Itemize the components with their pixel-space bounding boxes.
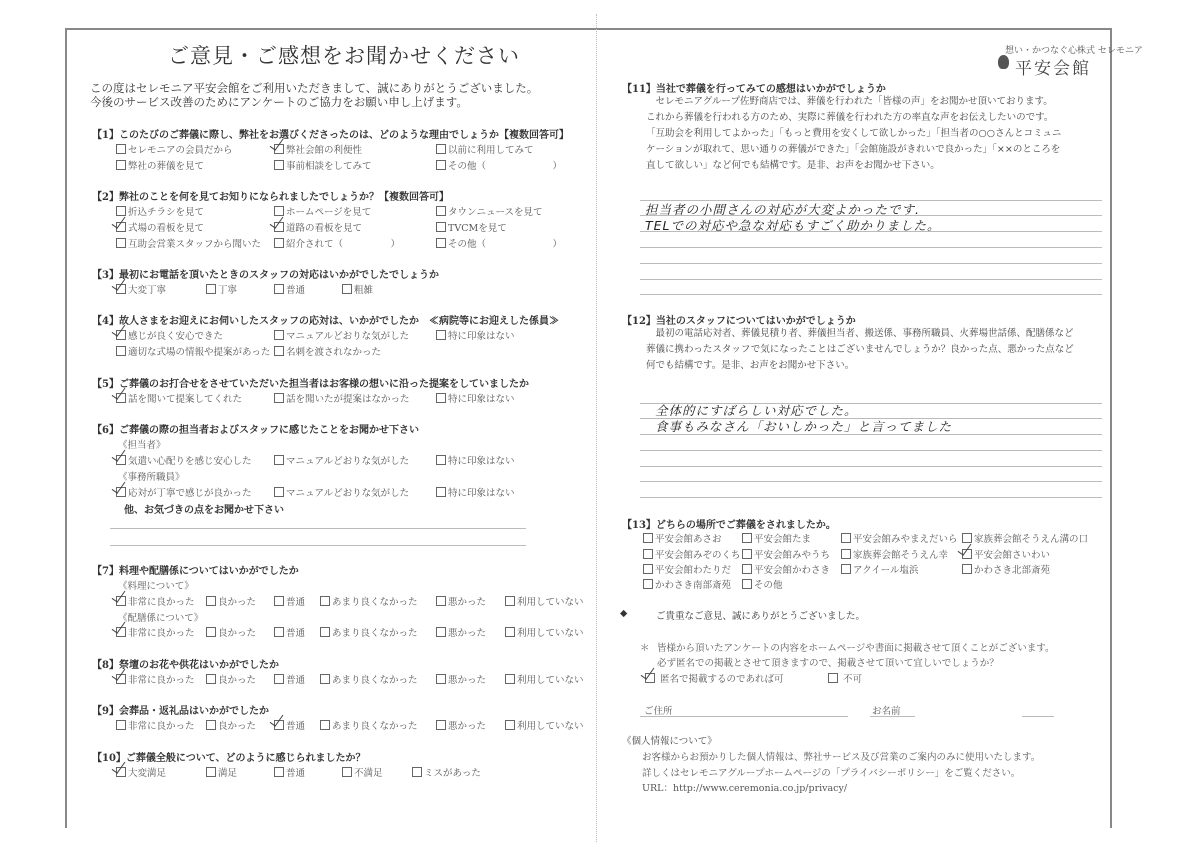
q8-option[interactable]: 良かった [206,672,256,686]
q2-option[interactable]: 式場の看板を見て [116,220,204,234]
checkbox[interactable] [436,674,446,684]
checkbox[interactable] [116,238,126,248]
answer-line [640,403,1102,404]
q13-option[interactable]: 平安会館みやうち [742,547,830,561]
checkbox[interactable] [274,346,284,356]
name-field-end[interactable] [1022,716,1054,717]
checkbox[interactable] [116,346,126,356]
checkbox[interactable] [643,549,653,559]
q5-label: 【5】ご葬儀のお打合せをさせていただいた担当者はお客様の想いに沿った提案をしてい… [92,375,529,390]
checkbox[interactable] [206,284,216,294]
answer-line [640,263,1102,264]
q4-option[interactable]: 名刺を渡されなかった [274,344,381,358]
checkbox[interactable] [274,455,284,465]
checkbox[interactable] [505,596,515,606]
q10-option[interactable]: 満足 [206,765,237,779]
checkbox[interactable] [505,720,515,730]
checkbox-checked[interactable] [116,627,126,637]
q13-option[interactable]: 平安会館さいわい [962,547,1050,561]
q4-option[interactable]: 特に印象はない [436,328,515,342]
answer-line [640,294,1102,295]
checkbox[interactable] [436,144,446,154]
answer-line [640,279,1102,280]
checkbox[interactable] [206,767,216,777]
checkbox[interactable] [742,579,752,589]
checkbox-checked[interactable] [116,767,126,777]
logo-name: 平安会館 [1015,54,1091,79]
q2-option[interactable]: 紹介されて（ ） [274,236,400,250]
q7-option[interactable]: あまり良くなかった [320,625,418,639]
consent-option[interactable]: 不可 [828,671,862,685]
answer-line [640,450,1102,451]
q6-option[interactable]: 気遣い心配りを感じ安心した [116,453,252,467]
q7-option[interactable]: 利用していない [505,594,584,608]
q13-option[interactable]: 平安会館あさお [643,531,722,545]
address-field[interactable] [640,716,848,717]
checkbox[interactable] [436,238,446,248]
q7-option[interactable]: 悪かった [436,594,486,608]
checkbox-checked[interactable] [274,222,284,232]
q8-option[interactable]: 非常に良かった [116,672,195,686]
checkbox-checked[interactable] [116,393,126,403]
consent-option[interactable]: 匿名で掲載するのであれば可 [645,671,784,685]
checkbox[interactable] [505,674,515,684]
checkbox[interactable] [274,160,284,170]
privacy-url-link[interactable]: URL：http://www.ceremonia.co.jp/privacy/ [642,780,847,794]
q9-option[interactable]: 利用していない [505,718,584,732]
q10-option[interactable]: 普通 [274,765,305,779]
checkbox[interactable] [742,564,752,574]
checkbox[interactable] [841,549,851,559]
q6-group2-label: 《事務所職員》 [118,469,185,483]
q1-option[interactable]: 弊社の葬儀を見て [116,158,204,172]
q8-option[interactable]: 普通 [274,672,305,686]
q13-option[interactable]: 家族葬会館そうえん溝の口 [962,531,1088,545]
q9-option[interactable]: 非常に良かった [116,718,195,732]
checkbox[interactable] [643,533,653,543]
checkbox[interactable] [742,533,752,543]
q7-option[interactable]: 悪かった [436,625,486,639]
checkbox[interactable] [274,284,284,294]
q3-option[interactable]: 大変丁寧 [116,282,166,296]
page-title: ご意見・ご感想をお聞かせください [168,40,520,70]
checkbox[interactable] [436,206,446,216]
address-label: ご住所 [644,703,673,717]
checkbox[interactable] [436,627,446,637]
q1-option[interactable]: 事前相談をしてみて [274,158,372,172]
q10-option[interactable]: 不満足 [342,765,383,779]
q12-answer-line-2[interactable]: 食事もみなさん「おいしかった」と言ってました [655,417,952,435]
q7-group1-label: 《料理について》 [118,578,194,592]
q1-option[interactable]: セレモニアの会員だから [116,142,233,156]
answer-line [640,231,1102,232]
checkbox[interactable] [742,549,752,559]
q12-label: 【12】当社のスタッフについてはいかがでしょうか [622,312,856,327]
privacy-line-2: 詳しくはセレモニアグループホームページの「プライバシーポリシー」をご覧ください。 [642,765,1020,779]
q13-option[interactable]: 平安会館かわさき [742,562,830,576]
q11-label: 【11】当社で葬儀を行ってみての感想はいかがでしょうか [622,80,886,95]
privacy-heading: 《個人情報について》 [622,733,717,747]
q11-para: セレモニアグループ佐野商店では、葬儀を行われた「皆様の声」をお聞かせ頂いておりま… [646,94,1061,174]
checkbox[interactable] [206,674,216,684]
answer-line [640,466,1102,467]
q7-group2-label: 《配膳係について》 [118,610,203,624]
checkbox[interactable] [320,720,330,730]
q5-option[interactable]: 話を聞いたが提案はなかった [274,391,410,405]
q10-label: 【10】ご葬儀全般について、どのように感じられましたか？ [92,749,366,764]
privacy-line-1: お客様からお預かりした個人情報は、弊社サービス及び営業のご案内のみに使用いたしま… [642,749,1040,763]
checkbox[interactable] [274,674,284,684]
checkbox[interactable] [436,393,446,403]
q1-label: 【1】このたびのご葬儀に際し、弊社をお選びくださったのは、どのような理由でしょう… [92,126,569,141]
checkbox[interactable] [436,455,446,465]
checkbox[interactable] [274,330,284,340]
page-fold-line [596,14,597,842]
q2-option[interactable]: TVCMを見て [436,220,507,234]
q5-option[interactable]: 特に印象はない [436,391,515,405]
q13-option[interactable]: アクイール塩浜 [841,562,919,576]
answer-line [640,481,1102,482]
checkbox[interactable] [206,596,216,606]
checkbox[interactable] [436,330,446,340]
checkbox-checked[interactable] [116,596,126,606]
q7-option[interactable]: 利用していない [505,625,584,639]
q6-other-line[interactable] [110,528,526,529]
q1-option[interactable]: 以前に利用してみて [436,142,534,156]
q10-option[interactable]: 大変満足 [116,765,166,779]
q13-option[interactable]: 平安会館みやまえだいら [841,531,958,545]
checkbox[interactable] [274,238,284,248]
publish-note-line-1: 皆様から頂いたアンケートの内容をホームページや書面に掲載させて頂くことがございま… [657,640,1054,654]
checkbox[interactable] [505,627,515,637]
q6-label: 【6】ご葬儀の際の担当者およびスタッフに感じたことをお聞かせ下さい [92,421,419,436]
q6-other-prompt: 他、お気づきの点をお聞かせ下さい [124,501,284,516]
checkbox-checked[interactable] [962,549,972,559]
q13-option[interactable]: かわさき北部斎苑 [962,562,1050,576]
intro-line-2: 今後のサービス改善のためにアンケートのご協力をお願い申し上げます。 [90,94,468,110]
q6-option[interactable]: 特に印象はない [436,453,515,467]
answer-line [640,434,1102,435]
checkbox[interactable] [342,284,352,294]
q7-option[interactable]: 良かった [206,625,256,639]
q5-option[interactable]: 話を聞いて提案してくれた [116,391,242,405]
checkbox-checked[interactable] [116,330,126,340]
checkbox[interactable] [436,160,446,170]
checkbox[interactable] [320,596,330,606]
q4-option[interactable]: 感じが良く安心できた [116,328,223,342]
q7-option[interactable]: 非常に良かった [116,594,195,608]
q7-option[interactable]: 普通 [274,625,305,639]
checkbox[interactable] [274,627,284,637]
name-field[interactable] [870,716,915,717]
checkbox[interactable] [962,564,972,574]
q2-option[interactable]: ホームページを見て [274,204,371,218]
asterisk-icon: ＊ [640,640,650,654]
q6-option[interactable]: マニュアルどおりな気がした [274,453,409,467]
q2-option[interactable]: 互助会営業スタッフから聞いた [116,236,261,250]
checkbox[interactable] [643,579,653,589]
checkbox[interactable] [116,144,126,154]
q7-option[interactable]: 普通 [274,594,305,608]
q2-option[interactable]: その他（ ） [436,236,562,250]
checkbox[interactable] [828,673,838,683]
checkbox[interactable] [274,393,284,403]
checkbox-checked[interactable] [274,144,284,154]
answer-line [640,215,1102,216]
checkbox[interactable] [436,487,446,497]
checkbox[interactable] [643,564,653,574]
checkbox-checked[interactable] [116,487,126,497]
q13-option[interactable]: かわさき南部斎苑 [643,577,731,591]
q12-para: 最初の電話応対者、葬儀見積り者、葬儀担当者、搬送係、事務所職員、火葬場世話係、配… [646,326,1074,374]
q3-option[interactable]: 粗雑 [342,282,373,296]
q8-option[interactable]: あまり良くなかった [320,672,418,686]
q7-label: 【7】料理や配膳係についてはいかがでしたか [92,562,299,577]
checkbox[interactable] [274,767,284,777]
checkbox-checked[interactable] [116,222,126,232]
checkbox[interactable] [206,720,216,730]
q3-option[interactable]: 丁寧 [206,282,237,296]
q6-other-line[interactable] [110,545,526,546]
q6-option[interactable]: 特に印象はない [436,485,515,499]
checkbox[interactable] [436,222,446,232]
q13-option[interactable]: 平安会館みぞのくち [643,547,741,561]
answer-line [640,200,1102,201]
logo-mark-icon [998,55,1009,69]
checkbox[interactable] [436,720,446,730]
q9-option[interactable]: 悪かった [436,718,486,732]
q7-option[interactable]: あまり良くなかった [320,594,418,608]
checkbox[interactable] [412,767,422,777]
answer-line [640,497,1102,498]
checkbox-checked[interactable] [116,455,126,465]
checkbox[interactable] [274,596,284,606]
q2-option[interactable]: 道路の看板を見て [274,220,362,234]
q1-option[interactable]: その他（ ） [436,158,562,172]
q6-option[interactable]: 応対が丁寧で感じが良かった [116,485,252,499]
checkbox[interactable] [206,627,216,637]
q3-label: 【3】最初にお電話を頂いたときのスタッフの対応はいかがでしたでしょうか [92,266,439,281]
checkbox[interactable] [841,533,851,543]
answer-line [640,418,1102,419]
checkbox[interactable] [116,720,126,730]
diamond-bullet-icon: ◆ [620,608,627,619]
checkbox-checked[interactable] [116,284,126,294]
q2-option[interactable]: 折込チラシを見て [116,204,204,218]
checkbox-checked[interactable] [274,720,284,730]
checkbox-checked[interactable] [116,674,126,684]
q13-option[interactable]: 平安会館わたりだ [643,562,731,576]
q4-option[interactable]: 適切な式場の情報や提案があった [116,344,270,358]
q2-label: 【2】弊社のことを何を見てお知りになられましたでしょうか？【複数回答可】 [92,188,449,203]
q13-label: 【13】どちらの場所でご葬儀をされましたか。 [622,516,836,531]
checkbox[interactable] [342,767,352,777]
checkbox-checked[interactable] [645,673,655,683]
answer-line [640,247,1102,248]
q13-option[interactable]: 家族葬会館そうえん幸 [841,547,948,561]
q7-option[interactable]: 非常に良かった [116,625,195,639]
checkbox[interactable] [436,596,446,606]
q8-option[interactable]: 悪かった [436,672,486,686]
checkbox[interactable] [320,627,330,637]
q13-option[interactable]: その他 [742,577,783,591]
q8-option[interactable]: 利用していない [505,672,584,686]
name-label: お名前 [872,703,901,717]
q9-label: 【9】会葬品・返礼品はいかがでしたか [92,702,269,717]
q4-label: 【4】故人さまをお迎えにお伺いしたスタッフの応対は、いかがでしたか ≪病院等にお… [92,312,559,327]
q10-option[interactable]: ミスがあった [412,765,481,779]
q13-option[interactable]: 平安会館たま [742,531,811,545]
publish-note-line-2: 必ず匿名での掲載とさせて頂きますので、掲載させて頂いて宜しいでしょうか？ [657,655,999,669]
q4-option[interactable]: マニュアルどおりな気がした [274,328,409,342]
checkbox[interactable] [841,564,851,574]
q9-option[interactable]: 普通 [274,718,305,732]
checkbox[interactable] [320,674,330,684]
q2-option[interactable]: タウンニュースを見て [436,204,543,218]
q6-group1-label: 《担当者》 [118,437,166,451]
q6-option[interactable]: マニュアルどおりな気がした [274,485,409,499]
q1-option[interactable]: 弊社会館の利便性 [274,142,362,156]
thanks-message: ご貴重なご意見、誠にありがとうございました。 [656,608,865,622]
q3-option[interactable]: 普通 [274,282,305,296]
q7-option[interactable]: 良かった [206,594,256,608]
q9-option[interactable]: 良かった [206,718,256,732]
checkbox[interactable] [116,160,126,170]
q9-option[interactable]: あまり良くなかった [320,718,418,732]
checkbox[interactable] [274,487,284,497]
